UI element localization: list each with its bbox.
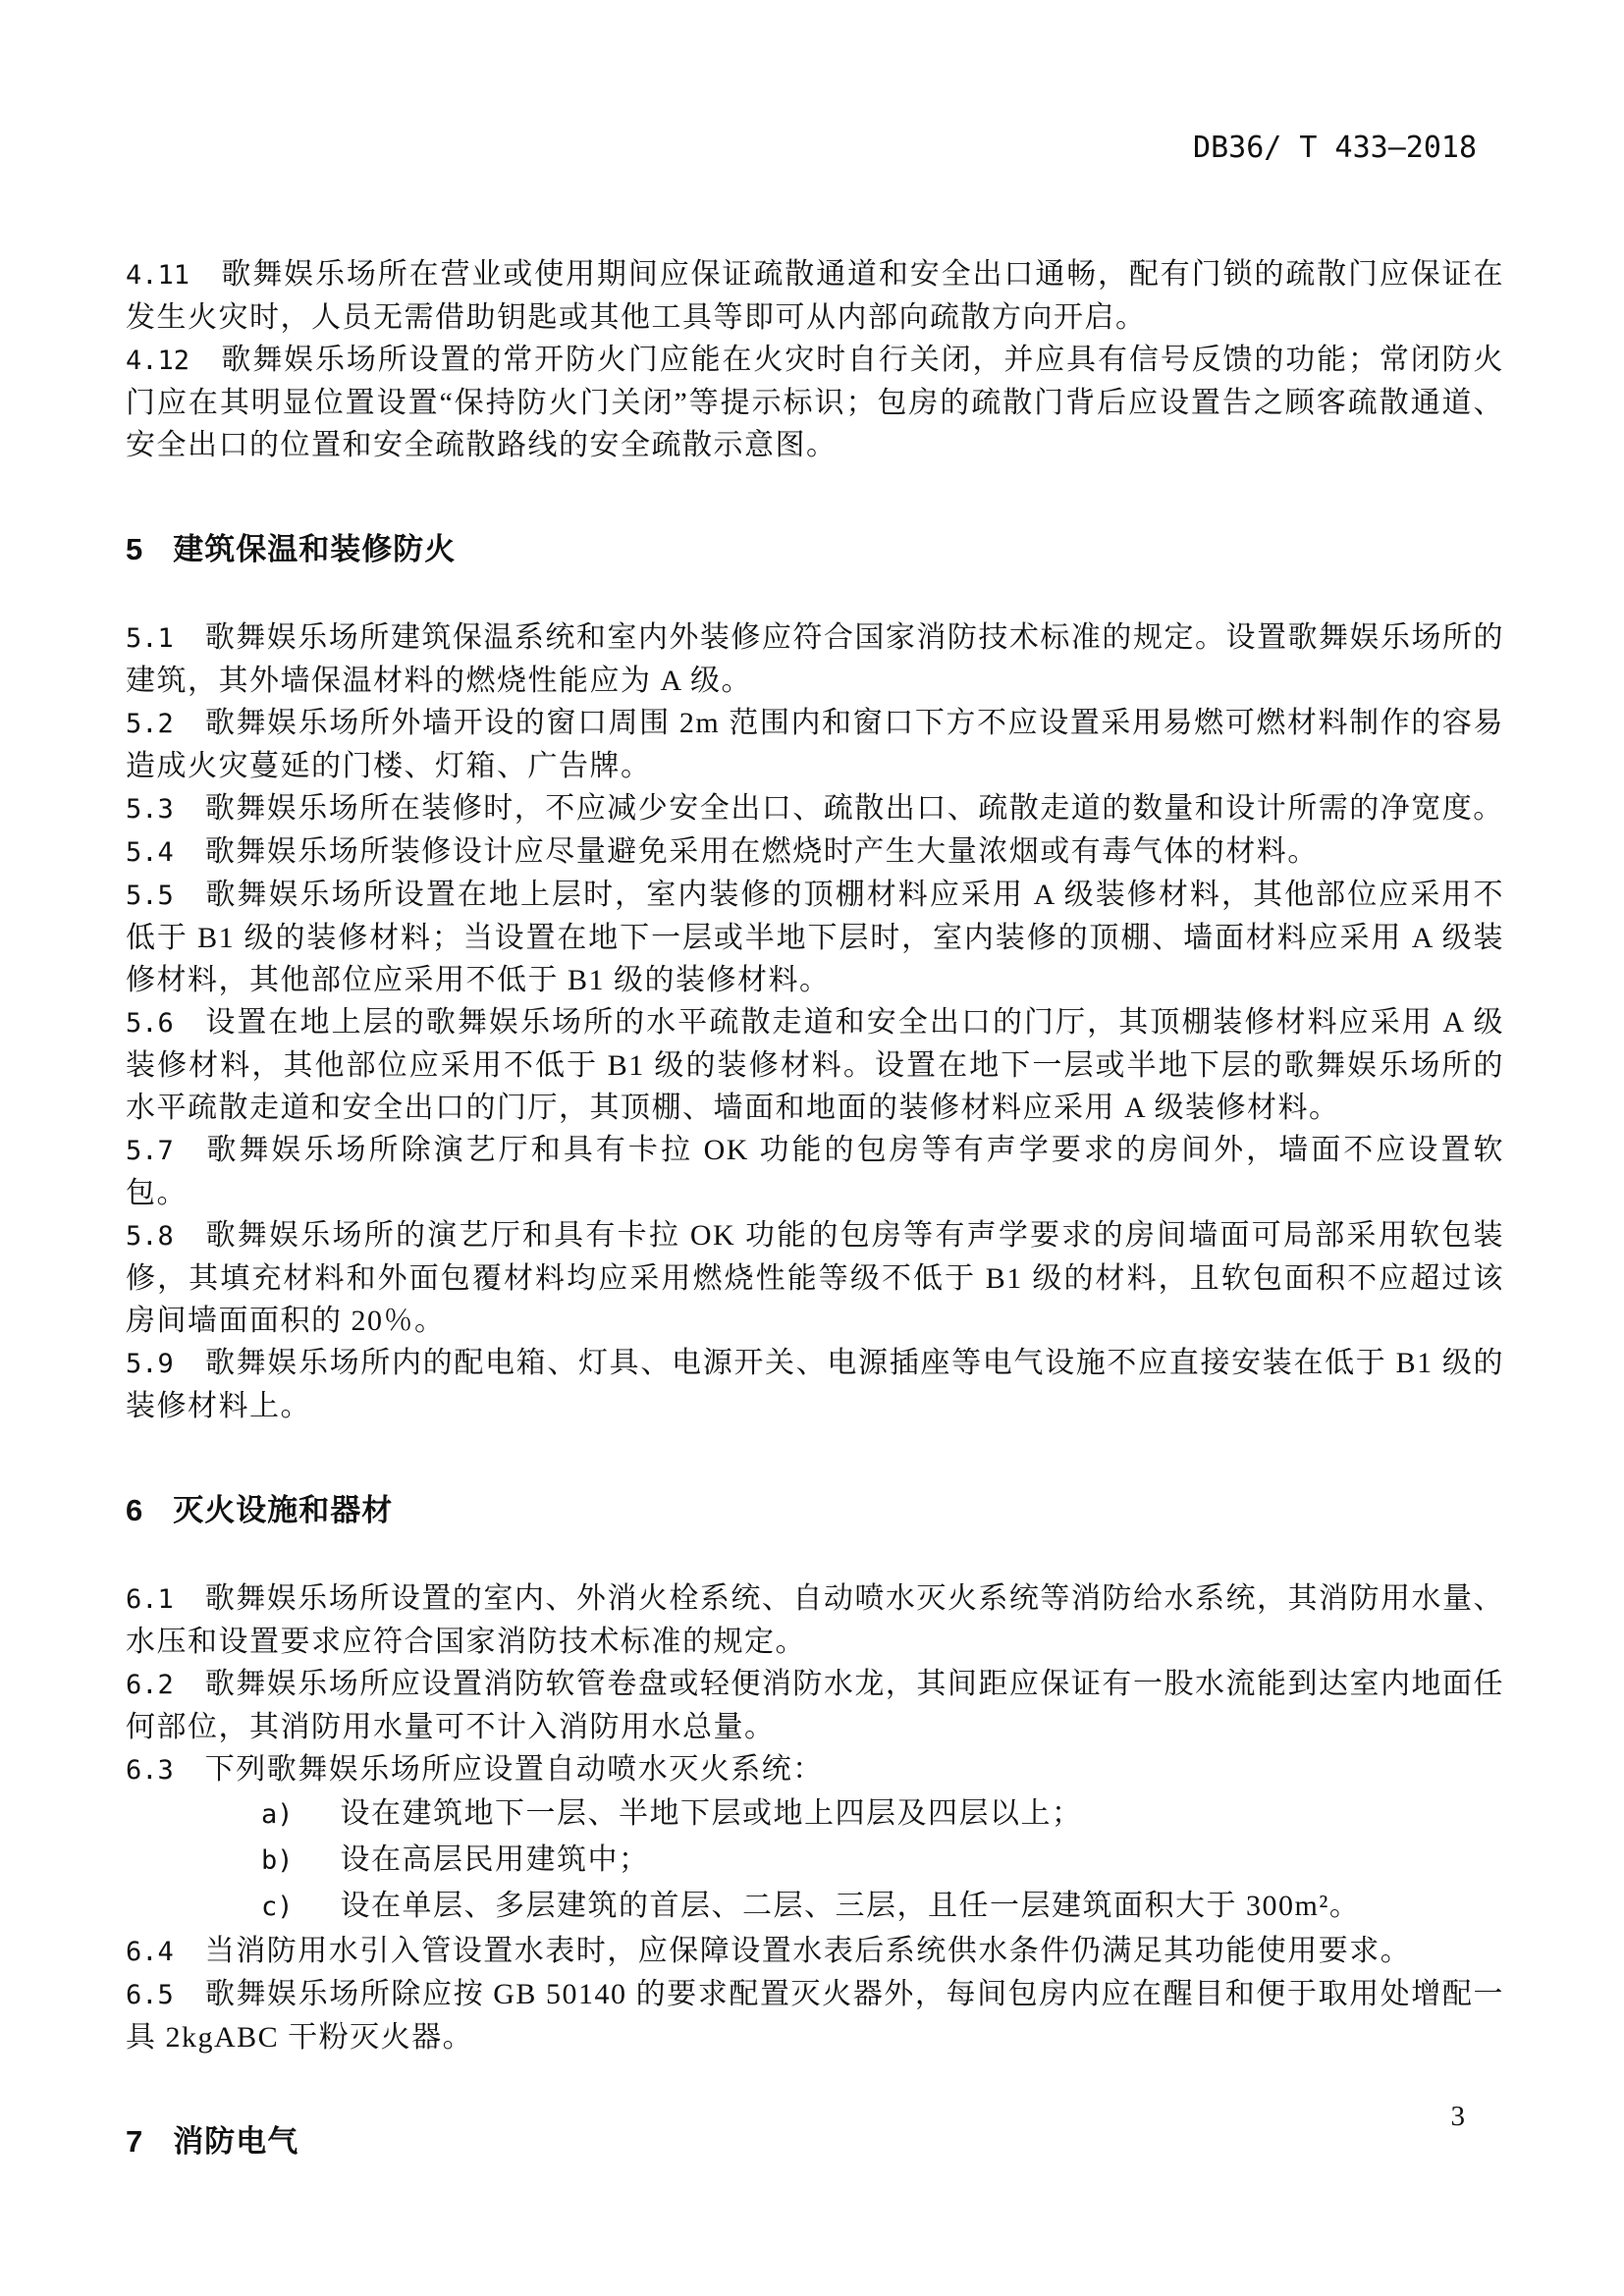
clause-text: 歌舞娱乐场所内的配电箱、灯具、电源开关、电源插座等电气设施不应直接安装在低于 B… — [126, 1347, 1504, 1422]
section-number: 5 — [126, 532, 143, 566]
section-heading-6: 6灭火设施和器材 — [126, 1488, 1504, 1532]
clause-number: 4.11 — [126, 260, 189, 291]
clause-text: 歌舞娱乐场所的演艺厅和具有卡拉 OK 功能的包房等有声学要求的房间墙面可局部采用… — [126, 1219, 1504, 1337]
clause-6-2: 6.2歌舞娱乐场所应设置消防软管卷盘或轻便消防水龙，其间距应保证有一股水流能到达… — [126, 1663, 1504, 1748]
clause-number: 6.1 — [126, 1584, 174, 1615]
clause-5-4: 5.4歌舞娱乐场所装修设计应尽量避免采用在燃烧时产生大量浓烟或有毒气体的材料。 — [126, 830, 1504, 874]
clause-6-4: 6.4当消防用水引入管设置水表时，应保障设置水表后系统供水条件仍满足其功能使用要… — [126, 1930, 1504, 1973]
clause-number: 6.3 — [126, 1755, 174, 1786]
clause-text: 歌舞娱乐场所外墙开设的窗口周围 2m 范围内和窗口下方不应设置采用易燃可燃材料制… — [126, 707, 1504, 782]
clause-number: 6.5 — [126, 1980, 174, 2010]
clause-text: 歌舞娱乐场所建筑保温系统和室内外装修应符合国家消防技术标准的规定。设置歌舞娱乐场… — [126, 621, 1504, 697]
clause-text: 歌舞娱乐场所在营业或使用期间应保证疏散通道和安全出口通畅，配有门锁的疏散门应保证… — [126, 258, 1504, 334]
list-item-text: 设在建筑地下一层、半地下层或地上四层及四层以上； — [341, 1797, 1083, 1830]
clause-number: 6.4 — [126, 1937, 174, 1967]
document-page: DB36/ T 433—2018 4.11歌舞娱乐场所在营业或使用期间应保证疏散… — [0, 0, 1624, 2296]
clause-5-8: 5.8歌舞娱乐场所的演艺厅和具有卡拉 OK 功能的包房等有声学要求的房间墙面可局… — [126, 1214, 1504, 1342]
list-item-b: b)设在高层民用建筑中； — [126, 1838, 1504, 1884]
clause-text: 歌舞娱乐场所设置的常开防火门应能在火灾时自行关闭，并应具有信号反馈的功能；常闭防… — [126, 344, 1504, 461]
clause-number: 5.8 — [126, 1221, 174, 1252]
page-number: 3 — [1451, 2101, 1466, 2133]
list-item-text: 设在单层、多层建筑的首层、二层、三层，且任一层建筑面积大于 300m²。 — [341, 1890, 1361, 1922]
clause-6-1: 6.1歌舞娱乐场所设置的室内、外消火栓系统、自动喷水灭火系统等消防给水系统，其消… — [126, 1577, 1504, 1663]
clause-number: 6.2 — [126, 1670, 174, 1700]
clause-text: 歌舞娱乐场所除演艺厅和具有卡拉 OK 功能的包房等有声学要求的房间外，墙面不应设… — [126, 1134, 1504, 1209]
list-item-label: b) — [261, 1845, 294, 1876]
clause-4-12: 4.12歌舞娱乐场所设置的常开防火门应能在火灾时自行关闭，并应具有信号反馈的功能… — [126, 339, 1504, 466]
clause-text: 歌舞娱乐场所装修设计应尽量避免采用在燃烧时产生大量浓烟或有毒气体的材料。 — [205, 835, 1319, 868]
clause-text: 歌舞娱乐场所应设置消防软管卷盘或轻便消防水龙，其间距应保证有一股水流能到达室内地… — [126, 1668, 1504, 1743]
list-item-a: a)设在建筑地下一层、半地下层或地上四层及四层以上； — [126, 1791, 1504, 1838]
ordered-list-6-3: a)设在建筑地下一层、半地下层或地上四层及四层以上； b)设在高层民用建筑中； … — [126, 1791, 1504, 1930]
clause-number: 5.1 — [126, 623, 174, 654]
clause-text: 歌舞娱乐场所在装修时，不应减少安全出口、疏散出口、疏散走道的数量和设计所需的净宽… — [205, 792, 1504, 825]
clause-5-7: 5.7歌舞娱乐场所除演艺厅和具有卡拉 OK 功能的包房等有声学要求的房间外，墙面… — [126, 1129, 1504, 1214]
clause-5-5: 5.5歌舞娱乐场所设置在地上层时，室内装修的顶棚材料应采用 A 级装修材料，其他… — [126, 874, 1504, 1001]
clause-number: 5.4 — [126, 837, 174, 868]
clause-number: 5.2 — [126, 709, 174, 739]
clause-number: 5.7 — [126, 1136, 174, 1166]
clause-5-3: 5.3歌舞娱乐场所在装修时，不应减少安全出口、疏散出口、疏散走道的数量和设计所需… — [126, 787, 1504, 830]
clause-number: 4.12 — [126, 346, 189, 376]
section-title: 消防电气 — [173, 2124, 298, 2159]
list-item-text: 设在高层民用建筑中； — [341, 1843, 650, 1876]
clause-6-5: 6.5歌舞娱乐场所除应按 GB 50140 的要求配置灭火器外，每间包房内应在醒… — [126, 1973, 1504, 2058]
clause-4-11: 4.11歌舞娱乐场所在营业或使用期间应保证疏散通道和安全出口通畅，配有门锁的疏散… — [126, 253, 1504, 339]
section-title: 建筑保温和装修防火 — [173, 532, 456, 566]
standard-number-header: DB36/ T 433—2018 — [1193, 131, 1477, 165]
clause-number: 5.9 — [126, 1349, 174, 1379]
clause-6-3: 6.3下列歌舞娱乐场所应设置自动喷水灭火系统： — [126, 1748, 1504, 1791]
clause-text: 下列歌舞娱乐场所应设置自动喷水灭火系统： — [205, 1753, 824, 1786]
clause-number: 5.3 — [126, 794, 174, 825]
list-item-label: c) — [261, 1892, 294, 1922]
section-number: 6 — [126, 1493, 143, 1527]
clause-5-9: 5.9歌舞娱乐场所内的配电箱、灯具、电源开关、电源插座等电气设施不应直接安装在低… — [126, 1342, 1504, 1427]
clause-text: 当消防用水引入管设置水表时，应保障设置水表后系统供水条件仍满足其功能使用要求。 — [205, 1935, 1412, 1967]
section-title: 灭火设施和器材 — [173, 1493, 393, 1527]
section-heading-7: 7消防电气 — [126, 2119, 1504, 2163]
clause-5-1: 5.1歌舞娱乐场所建筑保温系统和室内外装修应符合国家消防技术标准的规定。设置歌舞… — [126, 616, 1504, 702]
section-number: 7 — [126, 2124, 143, 2159]
clause-number: 5.5 — [126, 881, 174, 911]
clause-text: 歌舞娱乐场所设置的室内、外消火栓系统、自动喷水灭火系统等消防给水系统，其消防用水… — [126, 1582, 1504, 1658]
clause-text: 歌舞娱乐场所除应按 GB 50140 的要求配置灭火器外，每间包房内应在醒目和便… — [126, 1978, 1504, 2054]
list-item-c: c)设在单层、多层建筑的首层、二层、三层，且任一层建筑面积大于 300m²。 — [126, 1884, 1504, 1930]
clause-5-6: 5.6设置在地上层的歌舞娱乐场所的水平疏散走道和安全出口的门厅，其顶棚装修材料应… — [126, 1001, 1504, 1129]
section-heading-5: 5建筑保温和装修防火 — [126, 527, 1504, 571]
clause-number: 5.6 — [126, 1008, 174, 1039]
clause-text: 设置在地上层的歌舞娱乐场所的水平疏散走道和安全出口的门厅，其顶棚装修材料应采用 … — [126, 1006, 1504, 1124]
document-body: 4.11歌舞娱乐场所在营业或使用期间应保证疏散通道和安全出口通畅，配有门锁的疏散… — [126, 253, 1504, 2209]
clause-text: 歌舞娱乐场所设置在地上层时，室内装修的顶棚材料应采用 A 级装修材料，其他部位应… — [126, 879, 1504, 996]
list-item-label: a) — [261, 1799, 294, 1830]
clause-5-2: 5.2歌舞娱乐场所外墙开设的窗口周围 2m 范围内和窗口下方不应设置采用易燃可燃… — [126, 702, 1504, 787]
